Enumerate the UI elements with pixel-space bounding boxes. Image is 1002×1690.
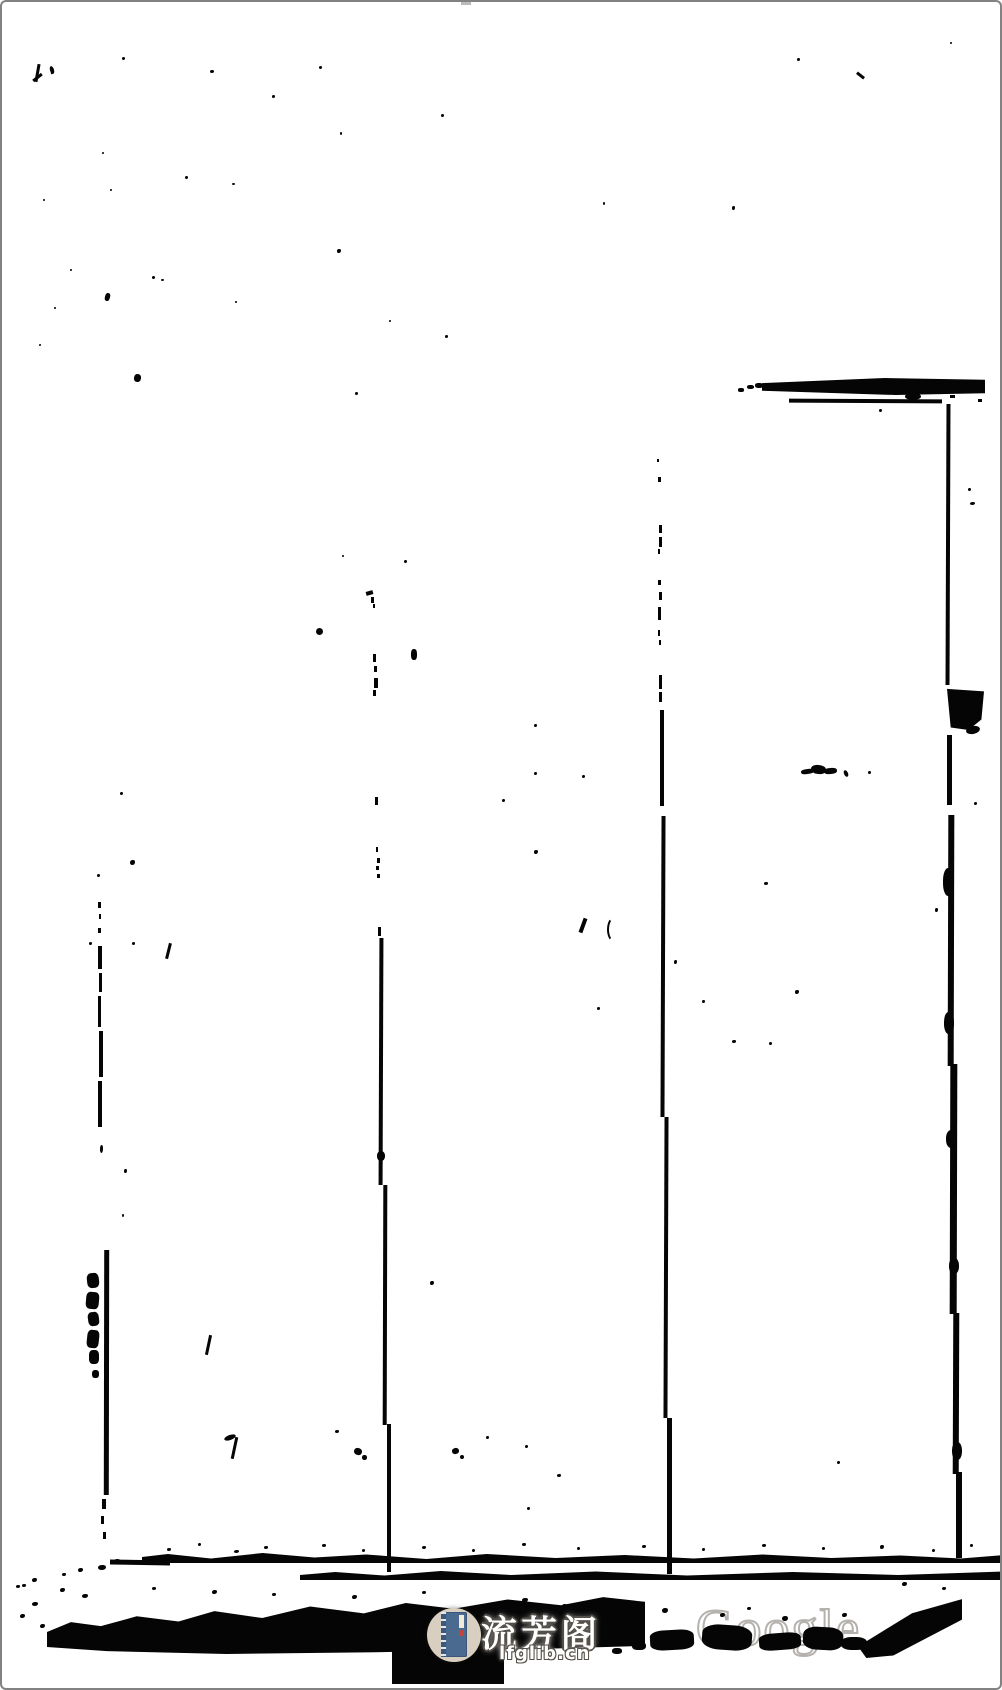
ink-speck [880, 1545, 884, 1549]
ink-speck [54, 307, 56, 309]
ink-speck [720, 1613, 725, 1617]
ink-mark [858, 1594, 962, 1658]
ink-speck [340, 132, 342, 135]
ink-speck [747, 1607, 751, 1610]
ink-speck [152, 1587, 156, 1590]
ink-mark [49, 66, 55, 75]
ink-mark [231, 1437, 239, 1459]
ink-speck [950, 42, 952, 44]
ink-mark [738, 388, 744, 392]
ink-mark [657, 459, 659, 462]
book-red-seal [459, 1630, 464, 1636]
ink-speck [342, 555, 344, 557]
ink-mark [99, 973, 102, 992]
ink-speck [782, 1616, 788, 1621]
ink-speck [522, 1543, 526, 1546]
ink-speck [335, 1430, 339, 1433]
ink-mark [99, 1031, 103, 1077]
ink-speck [502, 799, 505, 802]
ink-speck [522, 1598, 528, 1602]
ink-speck [577, 1547, 580, 1550]
ink-speck [89, 942, 92, 945]
ink-mark [824, 767, 837, 774]
ink-mark [949, 1258, 959, 1274]
ink-mark [632, 1642, 646, 1650]
ink-speck [441, 114, 444, 117]
ink-mark [659, 525, 662, 533]
ink-mark [946, 404, 951, 685]
ink-speck [970, 502, 975, 505]
ink-speck [264, 1546, 268, 1549]
ink-speck [932, 1549, 935, 1552]
ink-mark [376, 847, 378, 852]
ink-mark [99, 914, 101, 919]
ink-mark [104, 292, 111, 301]
ink-mark [377, 874, 380, 878]
watermark-logo [427, 1608, 481, 1662]
ink-speck [942, 1587, 946, 1590]
ink-speck [122, 1214, 124, 1217]
ink-speck [732, 1040, 736, 1043]
ink-mark [856, 72, 865, 80]
ink-mark [102, 1499, 106, 1509]
ink-speck [445, 335, 448, 338]
ink-mark [950, 1064, 958, 1314]
ink-mark [86, 1329, 100, 1348]
ink-speck [272, 95, 275, 98]
ink-mark [92, 1370, 99, 1378]
ink-speck [122, 57, 125, 60]
ink-mark [373, 604, 375, 608]
ink-speck [486, 1436, 489, 1439]
ink-mark [843, 769, 850, 777]
ink-speck [319, 66, 322, 69]
ink-mark [946, 1130, 957, 1148]
ink-mark [98, 946, 102, 969]
ink-mark [98, 996, 101, 1027]
ink-speck [797, 58, 800, 61]
ink-speck [272, 1593, 276, 1596]
ink-speck [525, 1445, 528, 1448]
ink-speck [120, 792, 123, 795]
ink-speck [132, 942, 135, 945]
ink-mark [411, 649, 417, 660]
ink-speck [98, 1565, 106, 1570]
ink-speck [232, 183, 235, 185]
ink-speck [430, 1281, 434, 1285]
ink-speck [422, 1591, 426, 1594]
ink-mark [755, 383, 763, 388]
ink-mark [133, 373, 141, 382]
ink-speck [362, 1549, 365, 1552]
ink-speck [97, 874, 100, 877]
ink-speck [557, 1474, 561, 1477]
ink-speck [527, 1507, 530, 1510]
ink-speck [702, 1000, 705, 1003]
ink-mark [371, 597, 374, 603]
ink-speck [152, 276, 155, 279]
ink-speck [597, 1007, 600, 1010]
ink-mark [659, 592, 662, 600]
ink-mark [659, 537, 662, 547]
ink-speck [582, 775, 585, 778]
ink-mark [658, 607, 661, 620]
ink-mark [460, 1455, 464, 1459]
ink-speck [43, 199, 45, 201]
ink-mark [956, 1472, 962, 1558]
ink-speck [795, 990, 799, 994]
ink-mark [376, 866, 379, 870]
ink-speck [352, 1595, 357, 1599]
ink-speck [102, 152, 104, 154]
ink-speck [868, 771, 871, 774]
ink-speck [935, 908, 938, 912]
ink-mark [789, 399, 942, 404]
ink-speck [212, 1590, 217, 1594]
ink-speck [662, 1608, 668, 1613]
ink-speck [130, 860, 135, 865]
ink-speck [764, 882, 768, 885]
ink-mark [387, 1424, 391, 1572]
ink-mark [378, 927, 381, 936]
ink-speck [32, 1602, 38, 1606]
ink-mark [762, 378, 985, 395]
ink-speck [185, 176, 188, 179]
ink-mark [85, 1291, 99, 1309]
ink-mark [607, 917, 621, 942]
ink-speck [762, 1544, 766, 1547]
ink-speck [198, 1543, 201, 1546]
ink-speck [124, 1169, 127, 1173]
ink-mark [943, 868, 954, 896]
ink-speck [702, 1548, 705, 1551]
ink-speck [404, 560, 407, 563]
ink-speck [234, 1550, 239, 1553]
ink-speck [22, 1584, 26, 1587]
ink-speck [389, 320, 391, 322]
ink-speck [769, 1042, 772, 1045]
ink-mark [362, 1455, 367, 1460]
ink-mark [383, 1185, 388, 1425]
book-title-label [459, 1615, 464, 1628]
ink-speck [161, 279, 164, 281]
ink-speck [842, 1613, 847, 1617]
ink-mark [658, 580, 661, 585]
ink-speck [82, 1594, 88, 1598]
ink-mark [373, 654, 376, 662]
ink-speck [968, 488, 971, 491]
ink-mark [366, 590, 374, 596]
ink-mark [659, 692, 662, 702]
ink-mark [300, 1570, 1002, 1580]
ink-mark [658, 630, 660, 636]
ink-mark [952, 1442, 962, 1460]
ink-mark [660, 710, 664, 806]
ink-mark [950, 395, 955, 398]
ink-mark [667, 1418, 672, 1574]
ink-mark [377, 858, 380, 863]
ink-mark [103, 1532, 106, 1539]
ink-mark [451, 1447, 459, 1455]
ink-speck [32, 1578, 37, 1582]
ink-speck [674, 960, 677, 964]
ink-speck [534, 850, 538, 854]
ink-mark [165, 943, 172, 959]
ink-mark [659, 640, 661, 645]
watermark-site-domain: lfglib.cn [499, 1643, 590, 1664]
ink-speck [39, 344, 41, 346]
ink-speck [40, 1624, 45, 1628]
ink-mark [947, 735, 952, 805]
ink-speck [70, 269, 72, 271]
ink-speck [822, 1547, 825, 1550]
ink-speck [534, 724, 537, 727]
ink-mark [353, 1447, 363, 1456]
ink-mark [375, 797, 378, 805]
ink-mark [747, 385, 754, 389]
ink-speck [167, 1548, 171, 1551]
ink-mark [98, 902, 101, 908]
ink-mark [650, 1629, 695, 1651]
ink-mark [658, 549, 660, 554]
ink-mark [978, 399, 982, 402]
ink-mark [98, 928, 101, 933]
ink-mark [758, 1632, 801, 1652]
ink-mark [612, 1648, 622, 1654]
ink-mark [658, 477, 661, 482]
ink-mark [947, 688, 984, 730]
ink-speck [422, 1546, 426, 1549]
ink-mark [87, 1311, 100, 1326]
ink-speck [974, 802, 977, 805]
ink-mark [101, 1516, 104, 1524]
ink-speck [472, 1549, 475, 1552]
ink-speck [110, 189, 112, 191]
ink-speck [100, 1145, 103, 1153]
ink-speck [210, 70, 214, 73]
ink-speck [355, 392, 358, 395]
book-icon [441, 1612, 467, 1657]
ink-mark [701, 1623, 753, 1651]
book-spine-stitches [441, 1612, 446, 1657]
ink-speck [337, 249, 341, 253]
ink-mark [579, 918, 588, 933]
ink-speck [879, 409, 882, 412]
ink-speck [62, 1573, 66, 1576]
ink-mark [374, 666, 377, 672]
ink-mark [944, 1012, 954, 1034]
ink-mark [659, 675, 662, 689]
ink-speck [642, 1545, 646, 1548]
ink-speck [970, 1544, 973, 1547]
ink-mark [374, 678, 378, 688]
ink-mark [104, 1250, 109, 1495]
ink-mark [660, 816, 665, 1117]
ink-mark [98, 1081, 102, 1127]
ink-mark [316, 628, 323, 635]
ink-speck [732, 206, 735, 210]
scanned-page: Google 流芳阁 lfglib.cn [0, 0, 1002, 1690]
ink-speck [60, 1588, 65, 1592]
ink-mark [377, 1151, 385, 1161]
ink-mark [663, 1117, 668, 1418]
ink-speck [902, 1582, 907, 1586]
ink-speck [534, 772, 537, 775]
ink-speck [322, 1544, 326, 1547]
ink-speck [20, 1614, 25, 1618]
ink-mark [86, 1272, 100, 1288]
ink-mark [205, 1335, 212, 1355]
ink-speck [837, 1461, 840, 1464]
ink-mark [802, 1626, 843, 1651]
ink-speck [78, 1568, 83, 1572]
ink-speck [16, 1585, 20, 1588]
ink-mark [461, 2, 471, 5]
ink-mark [142, 1553, 1002, 1563]
ink-mark [89, 1350, 99, 1364]
ink-mark [905, 393, 921, 400]
ink-layer [2, 2, 1000, 1688]
ink-mark [373, 690, 376, 696]
ink-mark [379, 938, 384, 1185]
ink-speck [235, 301, 237, 303]
ink-speck [603, 202, 605, 205]
